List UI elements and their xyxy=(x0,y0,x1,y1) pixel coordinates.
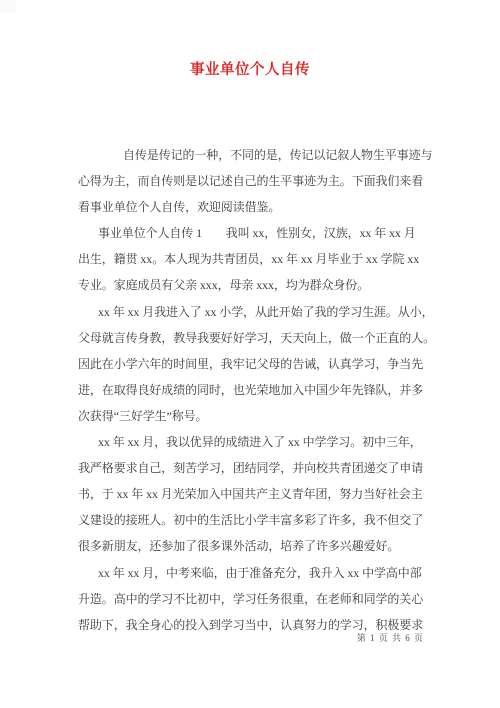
text-line: 我严格要求自己，刻苦学习，团结同学，并向校共青团递交了申请 xyxy=(78,455,424,481)
text-line: 心得为主，而自传则是以记述自己的生平事迹为主。下面我们来看 xyxy=(78,168,424,194)
text-line: 义建设的接班人。初中的生活比小学丰富多彩了许多，我不但交了 xyxy=(78,507,424,533)
text-line: xx 年 xx 月我进入了 xx 小学，从此开始了我的学习生涯。从小， xyxy=(78,299,424,325)
page-number-footer: 第 1 页 共 6 页 xyxy=(78,631,424,645)
text-line: 进，在取得良好成绩的同时，也光荣地加入中国少年先锋队，并多 xyxy=(78,377,424,403)
text-line: xx 年 xx 月，中考来临，由于准备充分，我升入 xx 中学高中部 xyxy=(78,560,424,586)
text-line: 出生，籍贯 xx。本人现为共青团员，xx 年 xx 月毕业于 xx 学院 xx xyxy=(78,246,424,272)
document-body: 自传是传记的一种，不同的是，传记以记叙人物生平事迹与心得为主，而自传则是以记述自… xyxy=(78,142,424,638)
text-line: 专业。家庭成员有父亲 xxx，母亲 xxx，均为群众身份。 xyxy=(78,272,424,298)
text-line: 看事业单位个人自传，欢迎阅读借鉴。 xyxy=(78,194,424,220)
text-line: 因此在小学六年的时间里，我牢记父母的告诫，认真学习，争当先 xyxy=(78,351,424,377)
document-page: 事业单位个人自传 自传是传记的一种，不同的是，传记以记叙人物生平事迹与心得为主，… xyxy=(0,0,500,708)
text-line: 书，于 xx 年 xx 月光荣加入中国共产主义青年团，努力当好社会主 xyxy=(78,481,424,507)
text-line: 事业单位个人自传 1 我叫 xx，性别女，汉族，xx 年 xx 月 xyxy=(78,220,424,246)
corner-artifact xyxy=(0,0,16,13)
text-line: 自传是传记的一种，不同的是，传记以记叙人物生平事迹与 xyxy=(78,142,424,168)
text-line: 父母就言传身教，教导我要好好学习，天天向上，做一个正直的人。 xyxy=(78,325,424,351)
text-line: 升造。高中的学习不比初中，学习任务很重，在老师和同学的关心 xyxy=(78,586,424,612)
document-title: 事业单位个人自传 xyxy=(77,60,423,80)
text-line: 很多新朋友，还参加了很多课外活动，培养了许多兴趣爱好。 xyxy=(78,533,424,559)
text-line: xx 年 xx 月，我以优异的成绩进入了 xx 中学学习。初中三年， xyxy=(78,429,424,455)
text-line: 次获得“三好学生”称号。 xyxy=(78,403,424,429)
